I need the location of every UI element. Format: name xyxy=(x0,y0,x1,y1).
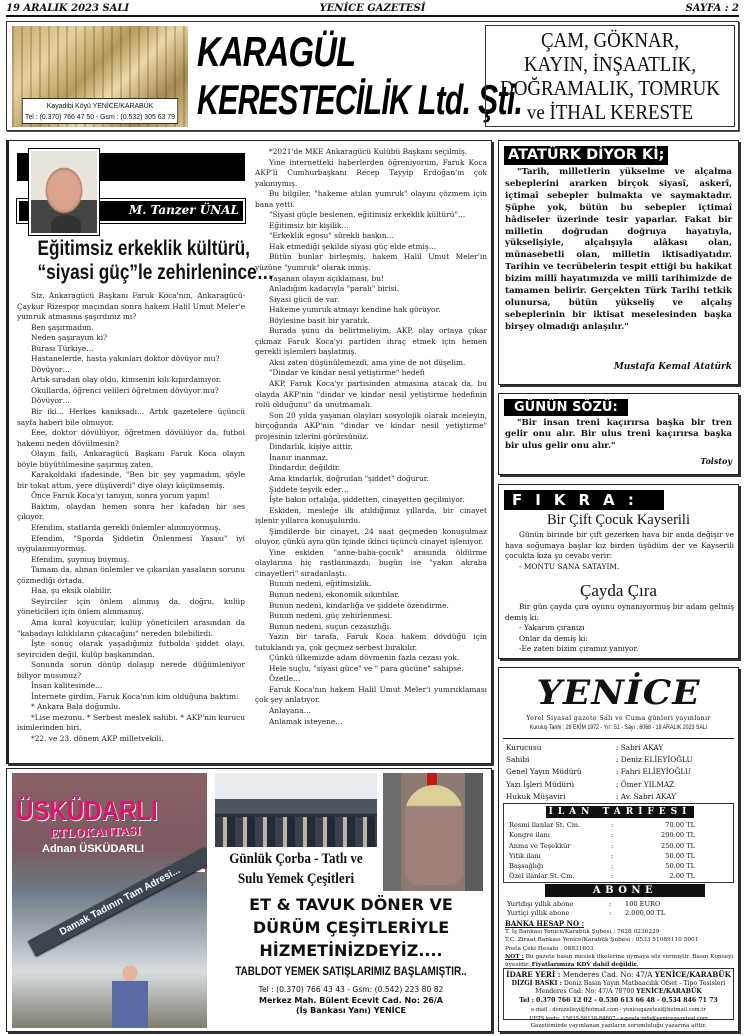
staff-row: Hukuk Müşaviri: Av. Sabri AKAY xyxy=(506,791,732,803)
restaurant-name: ÜSKÜDARLI xyxy=(16,795,158,827)
quote-of-day-title: GÜNÜN SÖZÜ: xyxy=(504,399,628,416)
ataturk-quote: "Tarih, milletlerin yükselme ve alçalma … xyxy=(505,167,732,334)
article-paragraph: Anlamak isteyene… xyxy=(255,717,487,728)
article-paragraph: Efendim, statlarda gerekli önlemler alın… xyxy=(17,523,245,534)
newspaper-logo: YENİCE xyxy=(493,676,744,710)
article-paragraph: Burası Türkiye… xyxy=(17,344,245,355)
bank-info: BANKA HESAP NO : T. İş Bankası Yenice/Ka… xyxy=(505,920,734,969)
article-paragraph: Önce Faruk Koca'yı tanıyın, sonra yorum … xyxy=(17,491,245,502)
restaurant-contact: Tel : (0.370) 766 43 43 - Gsm: (0.542) 2… xyxy=(211,985,491,1017)
rate-row: Özel ilanlar St. Cm.:2.00 TL xyxy=(509,871,729,881)
article-paragraph: Bunun nedeni, eğitimsizlik. xyxy=(255,579,487,590)
article-paragraph: İnternete girdim, Faruk Koca'nın kim old… xyxy=(17,692,245,703)
staff-row: Kurucusu: Sabri AKAY xyxy=(506,742,732,754)
joke-box: FIKRA: Bir Çift Çocuk Kayserili Günün bi… xyxy=(498,484,739,659)
article-paragraph: Baktım, olaydan hemen sonra her kafadan … xyxy=(17,502,245,523)
lumber-photo: Kayadibi Köyü YENİCE/KARABÜK Tel : (0.37… xyxy=(12,26,188,127)
article-paragraph: Burada şunu da belirtmeliyim, AKP, olay … xyxy=(255,326,487,358)
article-paragraph: Artık sıradan olay oldu, kimsenin kılı k… xyxy=(17,375,245,386)
article-paragraph: Son 20 yılda yaşanan olayları sosyolojik… xyxy=(255,411,487,443)
article-paragraph: Ama kural koyucular, kulüp yöneticileri … xyxy=(17,618,245,639)
article-paragraph: Hele suçlu, "siyasi güce" ve " para gücü… xyxy=(255,664,487,675)
menu-line: Günlük Çorba - Tatlı ve Sulu Yemek Çeşit… xyxy=(216,849,376,889)
issue-info: Kuruluş Tarihi : 28 EKİM 1972 - Yıl : 51… xyxy=(521,724,717,731)
article-paragraph: Olayın faili, Ankaragücü Başkanı Faruk K… xyxy=(17,449,245,470)
article-paragraph: Böylesine basit bir yaratık. xyxy=(255,316,487,327)
joke1-text: Günün birinde bir çift gezerken hava bir… xyxy=(505,530,734,572)
article-paragraph: Hastanelerde, hasta yakınları doktor döv… xyxy=(17,354,245,365)
subscription-title: ABONE KOŞULLARI xyxy=(545,884,705,897)
article-paragraph: Bütün bunlar birleşmiş, hakem Halil Umut… xyxy=(255,252,487,273)
lumber-contact: Kayadibi Köyü YENİCE/KARABÜK Tel : (0.37… xyxy=(22,98,178,124)
article-paragraph: AKP, Faruk Koca'yı partisinden atmasına … xyxy=(255,379,487,411)
article-paragraph: Dövüyor… xyxy=(17,365,245,376)
article-paragraph: "Dindar ve kindar nesil yetiştirme" hede… xyxy=(255,368,487,379)
staff-list: Kurucusu: Sabri AKAY Sahibi: Deniz ELİEY… xyxy=(506,742,732,803)
article-paragraph: Aksi zaten düşünülemezdi, ama yine de no… xyxy=(255,358,487,369)
article-paragraph: Dövüyor… xyxy=(17,396,245,407)
article-paragraph: Ben şaşırmadım. xyxy=(17,323,245,334)
staff-row: Sahibi: Deniz ELİEYİOĞLU xyxy=(506,754,732,766)
article-paragraph: *22. ve 23. dönem AKP milletvekili. xyxy=(17,734,245,745)
article-paragraph: Eskiden, mesleğe ilk atıldığımız yıllard… xyxy=(255,506,487,527)
subscription-table: Yurtdışı yıllık abone:100 EURO Yurtiçi y… xyxy=(507,900,727,917)
rate-row: Başsağlığı:50.00 TL xyxy=(509,861,729,871)
quote-of-day-box: GÜNÜN SÖZÜ: "Bir insan treni kaçırırsa b… xyxy=(498,393,739,475)
tabldot-note: TABLDOT YEMEK SATIŞLARIMIZ BAŞLAMIŞTIR.. xyxy=(231,966,472,978)
article-paragraph: Yine eskiden "anne-baba-çocuk" arasında … xyxy=(255,548,487,580)
article-paragraph: Dindardır, değildir. xyxy=(255,463,487,474)
article-paragraph: Çünkü ülkemizde adam dövmenin fazla ceza… xyxy=(255,653,487,664)
rate-row: Anma ve Teşekkür:250.00 TL xyxy=(509,841,729,851)
article-paragraph: Yine internetteki haberlerden öğreniyoru… xyxy=(255,158,487,190)
article-paragraph: Yazın bir tarafa, Faruk Koca hakem dövdü… xyxy=(255,632,487,653)
article-paragraph: Yaşanan olayın açıklaması, bu! xyxy=(255,274,487,285)
article-paragraph: İnanır inanmaz. xyxy=(255,453,487,464)
article-paragraph: İnsan kalitesinde… xyxy=(17,681,245,692)
article-headline: Eğitimsiz erkeklik kültürü, “siyasi güç”… xyxy=(17,237,245,285)
article-paragraph: Efendim, şuymuş buymuş. xyxy=(17,555,245,566)
article-paragraph: Şimdilerde bir cinayet, 24 saat geçmeden… xyxy=(255,527,487,548)
article-paragraph: Karakoldaki ifadesinde, "Ben bir şey yap… xyxy=(17,470,245,491)
article-paragraph: Bunun nedeni, güç zehirlenmesi. xyxy=(255,611,487,622)
article-paragraph: Eee, doktor dövülüyor, öğretmen dövülüyo… xyxy=(17,428,245,449)
ad-rates-table: İLAN TARİFESİ Resmi ilanlar St. Cm.:70.0… xyxy=(503,803,734,883)
office-address: İDARE YERİ : Menderes Cad. No: 47/A YENİ… xyxy=(503,968,734,1020)
article-paragraph: Seyirciler için önlem alınmış da, doğru,… xyxy=(17,597,245,618)
article-paragraph: *2021'de MKE Ankaragücü Kulübü Başkanı s… xyxy=(255,147,487,158)
article-paragraph: Bir iki… Herkes kanıksadı… Artık gazetel… xyxy=(17,407,245,428)
doner-photo xyxy=(383,773,483,891)
lumber-banner-ad: Kayadibi Köyü YENİCE/KARABÜK Tel : (0.37… xyxy=(6,21,739,131)
joke1-title: Bir Çift Çocuk Kayserili xyxy=(499,512,738,529)
rate-row: Kongre ilanı:200.00 TL xyxy=(509,830,729,840)
quote-of-day-text: "Bir insan treni kaçırırsa başka bir tre… xyxy=(505,418,732,452)
joke-title: FIKRA: xyxy=(504,490,664,510)
article-paragraph: Bunun nedeni, kindarlığa ve şiddete özen… xyxy=(255,601,487,612)
staff-row: Genel Yayın Müdürü: Fahri ELİEYİOĞLU xyxy=(506,766,732,778)
ataturk-author: Mustafa Kemal Atatürk xyxy=(614,362,732,372)
article-paragraph: Efendim, "Sporda Şiddetin Önlenmesi Yasa… xyxy=(17,534,245,555)
article-paragraph: * Ankara Bala doğumlu. xyxy=(17,702,245,713)
ad-rates-title: İLAN TARİFESİ xyxy=(546,806,694,818)
article-paragraph: *Lise mezunu. * Serbest meslek sahibi. *… xyxy=(17,713,245,734)
article-paragraph: Faruk Koca'nın hakem Halil Umut Meler'i … xyxy=(255,685,487,706)
impressum-box: YENİCE Yerel Siyasal gazete Salı ve Cuma… xyxy=(498,667,739,1032)
newspaper-tagline: Yerel Siyasal gazete Salı ve Cuma günler… xyxy=(499,714,738,722)
joke2-title: Çayda Çıra xyxy=(499,581,738,601)
article-paragraph: Bunun nedeni, suçun cezasızlığı. xyxy=(255,622,487,633)
author-name: M. Tanzer ÜNAL xyxy=(129,203,239,217)
article-paragraph: Hak etmediği şekilde siyasi güç elde etm… xyxy=(255,242,487,253)
article-column-2: *2021'de MKE Ankaragücü Kulübü Başkanı s… xyxy=(255,147,487,727)
article-paragraph: Ama kindarlık, doğrudan "şiddet" doğurur… xyxy=(255,474,487,485)
article-paragraph: Anlayana… xyxy=(255,706,487,717)
restaurant-owner: Adnan ÜSKÜDARLI xyxy=(42,843,144,855)
author-byline: M. Tanzer ÜNAL xyxy=(17,149,245,235)
article-paragraph: Bunun nedeni, ekonomik sıkıntılar. xyxy=(255,590,487,601)
article-paragraph: Anladığım kadarıyla "paralı" birisi. xyxy=(255,284,487,295)
ataturk-quote-box: ATATÜRK DİYOR Kİ; "Tarih, milletlerin yü… xyxy=(498,140,739,385)
responsibility-note: Gazetemizde yayınlanan yazıların sorumlu… xyxy=(499,1023,738,1029)
article-paragraph: Hakeme yumruk atmayı kendine hak görüyor… xyxy=(255,305,487,316)
article-paragraph: Haa, şu eksik olabilir. xyxy=(17,586,245,597)
ataturk-title: ATATÜRK DİYOR Kİ; xyxy=(504,146,668,165)
product-list: ÇAM, GÖKNAR, KAYIN, İNŞAATLIK, DOĞRAMALI… xyxy=(485,25,735,127)
subscription-row: Yurtiçi yıllık abone:2.000,00 TL xyxy=(507,909,727,918)
storefront-photo: ÜSKÜDARLI ETLOKANTASI Adnan ÜSKÜDARLI LO… xyxy=(12,773,207,1028)
main-offer: ET & TAVUK DÖNER VE DÜRÜM ÇEŞİTLERİYLE H… xyxy=(211,893,491,962)
article-paragraph: İşte sonuç olarak yaşadığımız futbolda ş… xyxy=(17,639,245,660)
restaurant-subtitle: ETLOKANTASI xyxy=(50,823,141,841)
staff-row: Yazı İşleri Müdürü: Ömer YILMAZ xyxy=(506,779,732,791)
author-photo xyxy=(29,149,99,235)
quote-of-day-author: Tolstoy xyxy=(700,456,732,466)
dining-hall-photo xyxy=(215,773,377,847)
subscription-row: Yurtdışı yıllık abone:100 EURO xyxy=(507,900,727,909)
page-header: 19 ARALIK 2023 SALI YENİCE GAZETESİ SAYF… xyxy=(6,3,739,17)
rate-row: Resmi ilanlar St. Cm.:70.00 TL xyxy=(509,820,729,830)
article-paragraph: Siyasi gücü de var. xyxy=(255,295,487,306)
article-paragraph: Bu bilgiler, "hakeme atılan yumruk" olay… xyxy=(255,189,487,210)
article-paragraph: "Siyasi güçle beslenen, eğitimsiz erkekl… xyxy=(255,210,487,221)
article-paragraph: Eğitimsiz bir kişilik… xyxy=(255,221,487,232)
article-paragraph: İşte bakın ortalığa, şiddetten, cinayett… xyxy=(255,495,487,506)
article-column-1: Siz, Ankaragücü Başkanı Faruk Koca'nın, … xyxy=(17,291,245,745)
opinion-article: M. Tanzer ÜNAL Eğitimsiz erkeklik kültür… xyxy=(6,140,492,764)
restaurant-ad: ÜSKÜDARLI ETLOKANTASI Adnan ÜSKÜDARLI LO… xyxy=(6,768,492,1032)
article-paragraph: Okullarda, öğrenci velileri öğretmen döv… xyxy=(17,386,245,397)
page-number: SAYFA : 2 xyxy=(685,3,739,14)
joke2-text: Bir gün çayda çıra oyunu oynanıyormuş bi… xyxy=(505,602,734,655)
rate-row: Yitik ilanı:50.00 TL xyxy=(509,851,729,861)
restaurant-slogan: Damak Tadının Tam Adresi... xyxy=(28,847,207,956)
article-paragraph: Sonunda sorun dönüp dolaşıp nerede düğüm… xyxy=(17,660,245,681)
article-paragraph: Özetle… xyxy=(255,674,487,685)
article-paragraph: Tamam da, alınan önlemler ve çıkarılan y… xyxy=(17,565,245,586)
article-paragraph: "Erkeklik egosu" sürekli baskın… xyxy=(255,231,487,242)
note: NOT : Bu gazete basın meslek ilkelerine … xyxy=(505,953,734,969)
company-name: KARAGÜL KERESTECİLİK Ltd. Şti. xyxy=(197,28,487,124)
article-paragraph: Siz, Ankaragücü Başkanı Faruk Koca'nın, … xyxy=(17,291,245,323)
article-paragraph: Şiddete teşvik eder… xyxy=(255,485,487,496)
paper-name: YENİCE GAZETESİ xyxy=(6,3,739,14)
article-paragraph: Neden şaşırayım ki? xyxy=(17,333,245,344)
article-paragraph: Dindarlık, kişiye aittir. xyxy=(255,442,487,453)
